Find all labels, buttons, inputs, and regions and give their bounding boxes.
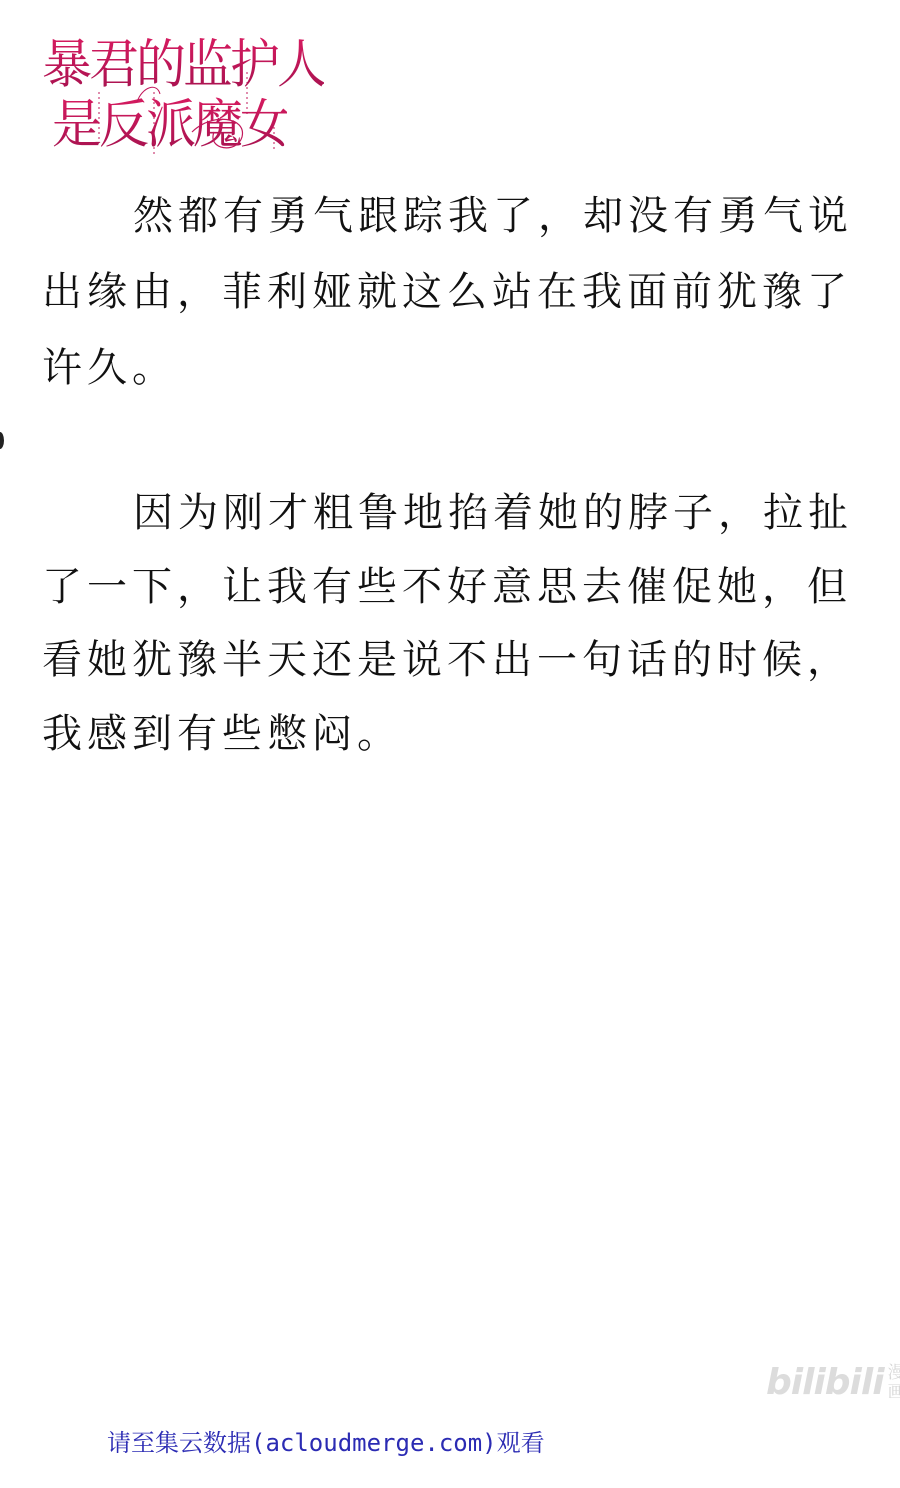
bilibili-logo-text: bilibili bbox=[766, 1362, 884, 1403]
manhua-char-top: 漫 bbox=[888, 1364, 900, 1383]
bilibili-manhua-watermark: bilibili 漫 画 bbox=[766, 1362, 900, 1403]
manhua-char-bottom: 画 bbox=[888, 1383, 900, 1402]
paragraph-line: 了一下，让我有些不好意思去催促她，但 bbox=[42, 551, 872, 625]
comic-title-logo: 暴君的监护人 是反派魔女 bbox=[42, 32, 312, 162]
paragraph-line: 看她犹豫半天还是说不出一句话的时候， bbox=[42, 624, 872, 698]
paragraph-1: 然都有勇气跟踪我了，却没有勇气说 出缘由，菲利娅就这么站在我面前犹豫了 许久。 bbox=[42, 178, 872, 406]
paragraph-line: 因为刚才粗鲁地掐着她的脖子，拉扯 bbox=[42, 477, 872, 551]
logo-title-line-1: 暴君的监护人 bbox=[42, 35, 324, 94]
source-notice-link[interactable]: 请至集云数据(acloudmerge.com)观看 bbox=[107, 1423, 545, 1458]
logo-title-line-2: 是反派魔女 bbox=[52, 95, 287, 154]
page-edge-mark bbox=[0, 432, 4, 449]
paragraph-2: 因为刚才粗鲁地掐着她的脖子，拉扯 了一下，让我有些不好意思去催促她，但 看她犹豫… bbox=[42, 477, 872, 771]
paragraph-line: 出缘由，菲利娅就这么站在我面前犹豫了 bbox=[42, 254, 872, 330]
paragraph-line: 我感到有些憋闷。 bbox=[42, 698, 872, 772]
paragraph-line: 许久。 bbox=[42, 330, 872, 406]
manhua-label: 漫 画 bbox=[888, 1364, 900, 1402]
paragraph-line: 然都有勇气跟踪我了，却没有勇气说 bbox=[42, 178, 872, 254]
